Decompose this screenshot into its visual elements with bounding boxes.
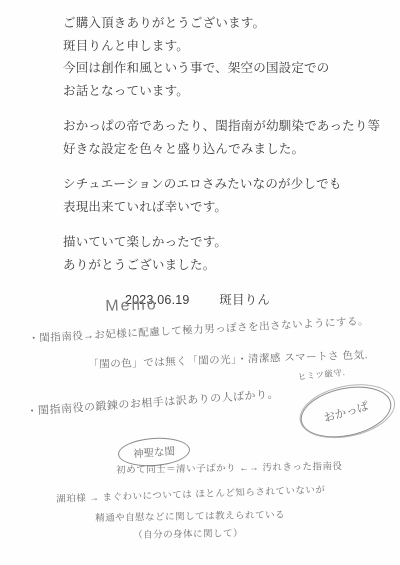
scanned-afterword-page: ご購入頂きありがとうございます。 斑目りんと申します。 今回は創作和風という事で…: [0, 0, 400, 565]
memo-note-pure-vs-defiled: 初めて同士＝清い子ばかり ←→ 汚れきった指南役: [116, 458, 342, 476]
memo-note-own-body: （自分の身体に関して）: [133, 525, 243, 541]
memo-title: Memo: [105, 296, 158, 316]
handwritten-memo-section: Memo ・閨指南役→お妃様に配慮して極力男っぽさを出さないようにする。 「閨の…: [0, 0, 400, 565]
circled-note-sacred-bedchamber-text: 神聖な閨: [133, 443, 176, 461]
memo-note-taught-topics: 精通や自慰などに関しては教えられている: [95, 507, 285, 524]
circled-note-okappa-text: おかっぱ: [322, 398, 371, 426]
memo-note-instructor-femininity: ・閨指南役→お妃様に配慮して極力男っぽさを出さないようにする。: [28, 313, 369, 346]
circled-note-okappa: おかっぱ: [296, 379, 396, 445]
memo-note-secret: ヒミツ厳守.: [297, 366, 346, 383]
memo-note-kohaku-knowledge: 湖珀様 → まぐわいについては ほとんど知らされていないが: [56, 482, 326, 505]
memo-note-training-partners: ・閨指南役の鍛錬のお相手は訳ありの人ばかり。: [26, 385, 279, 419]
